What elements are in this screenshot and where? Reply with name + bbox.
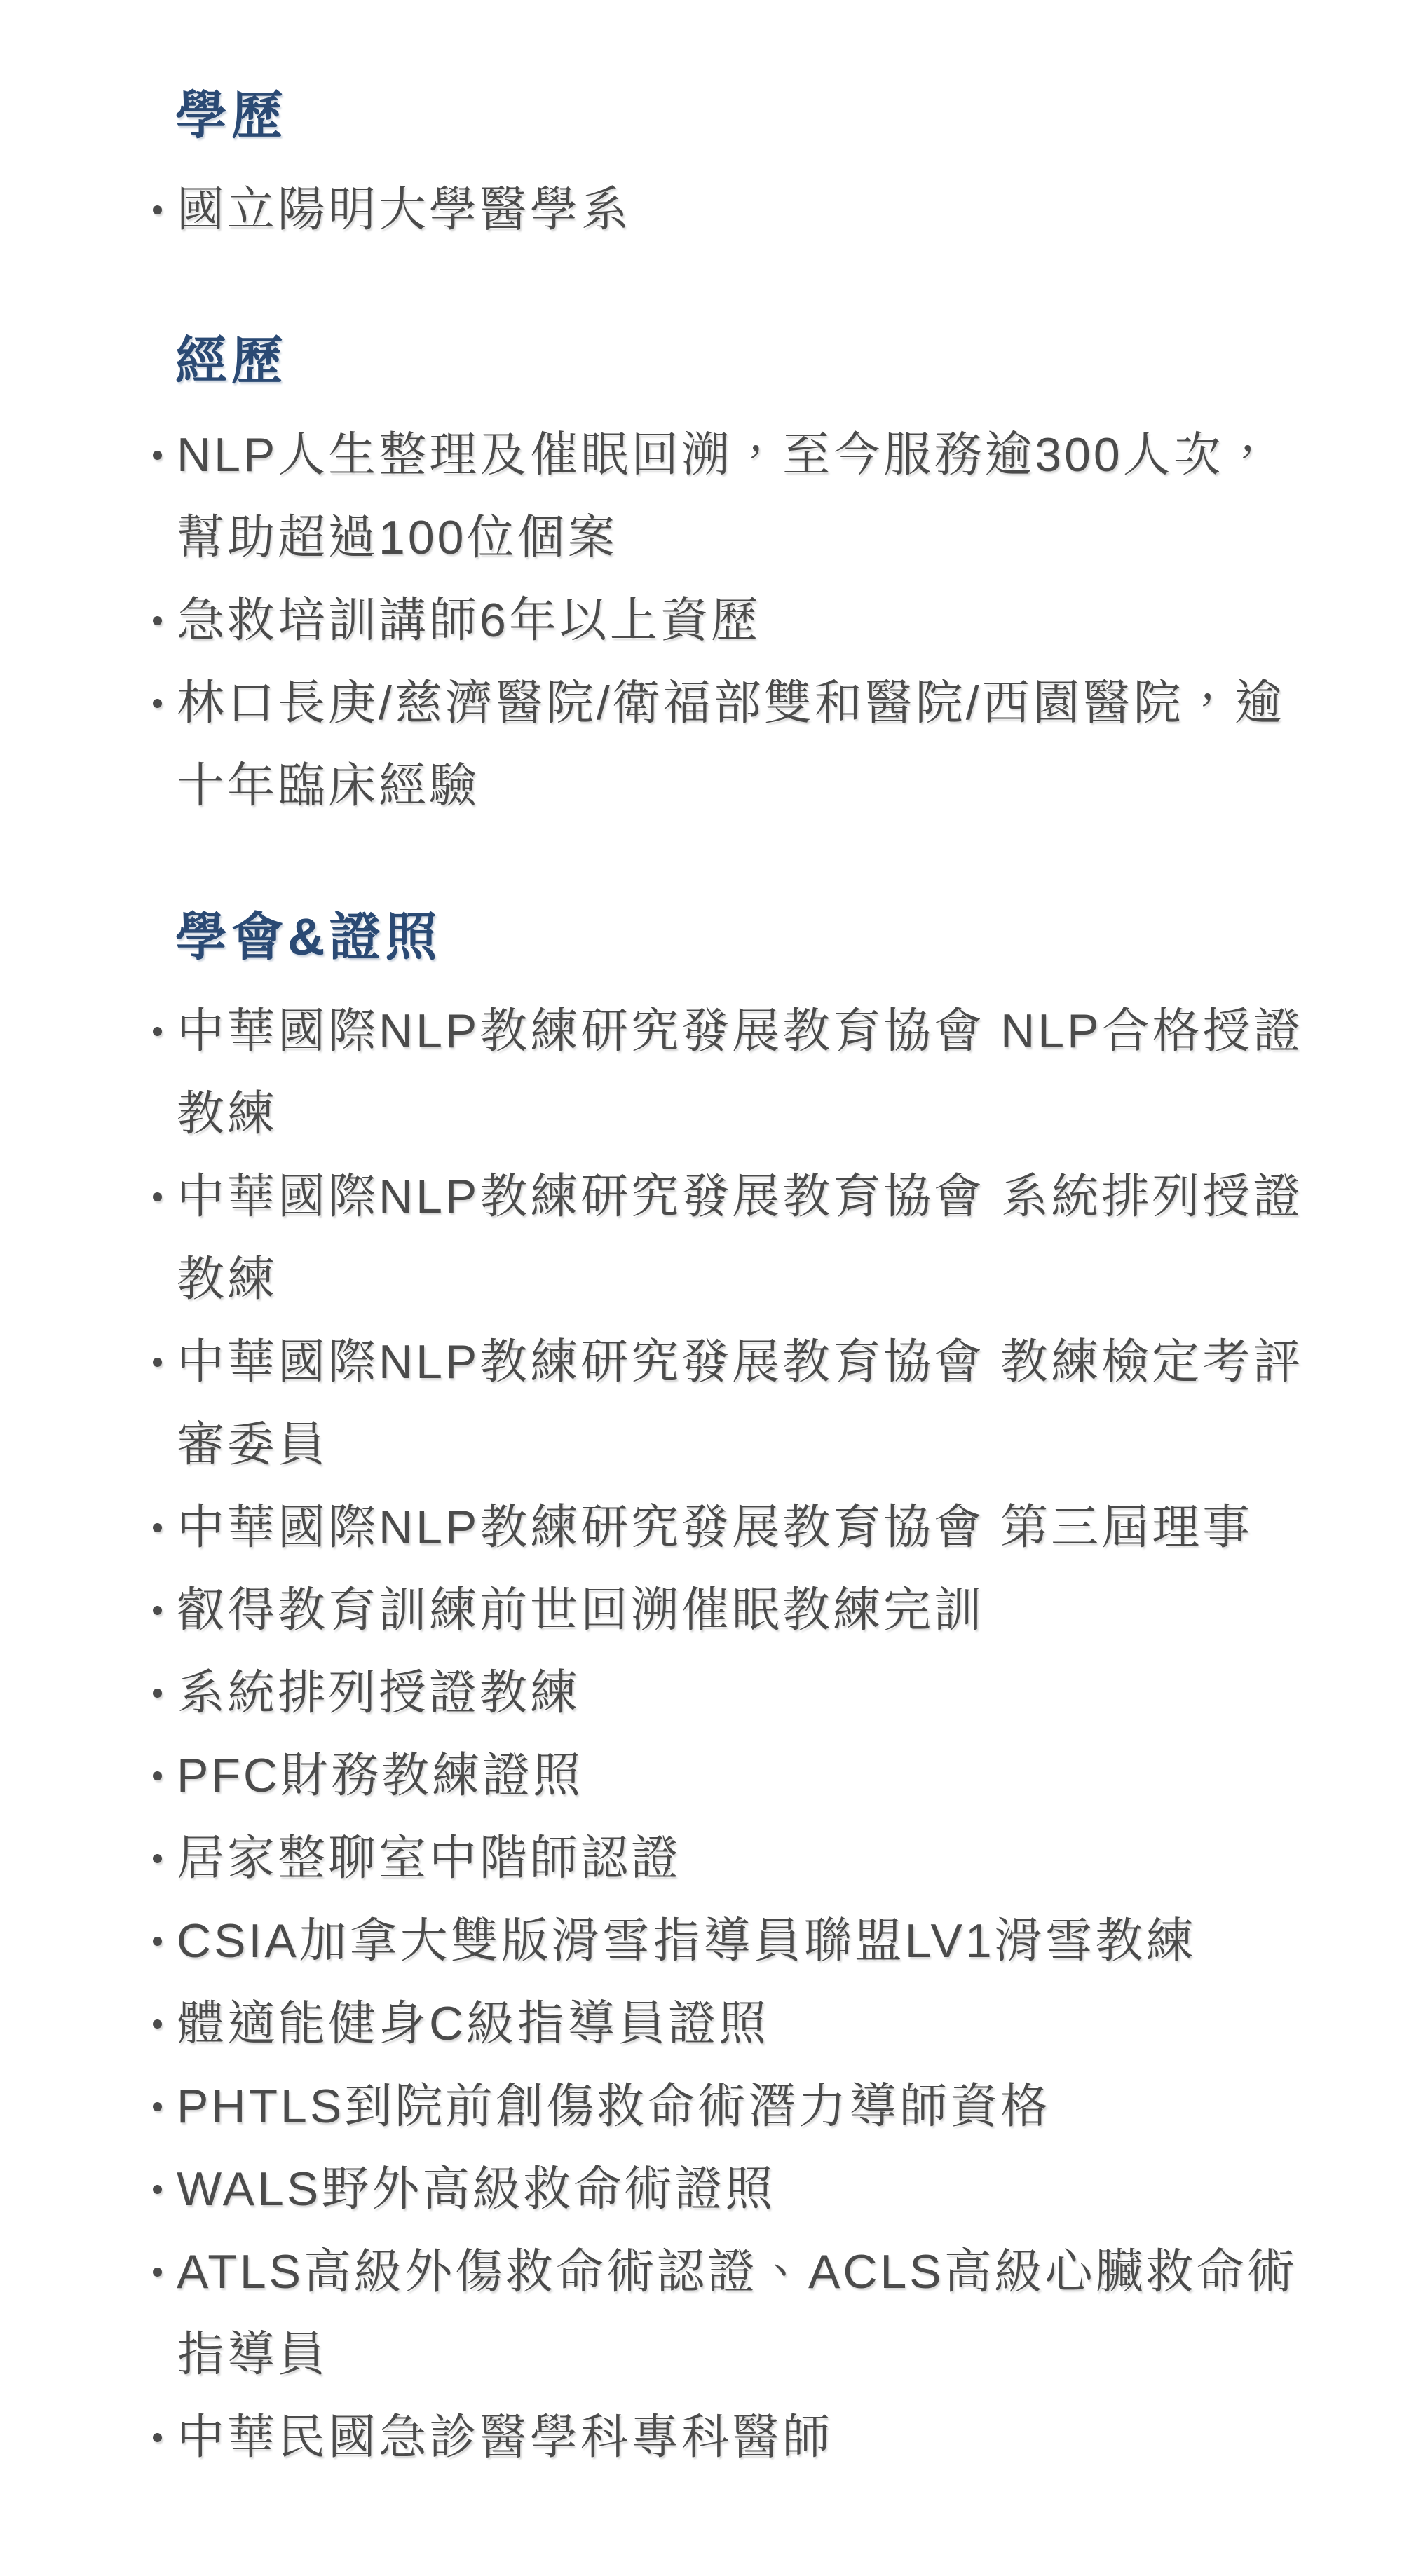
list-item-text: 中華國際NLP教練研究發展教育協會 系統排列授證教練 <box>177 1170 1303 1306</box>
bullet-icon <box>153 2433 162 2442</box>
list-item: 叡得教育訓練前世回溯催眠教練完訓 <box>147 1569 1305 1651</box>
list-item: 中華民國急診醫學科專科醫師 <box>147 2396 1305 2479</box>
credential-list: NLP人生整理及催眠回溯，至今服務逾300人次，幫助超過100位個案 急救培訓講… <box>147 414 1311 827</box>
list-item: 中華國際NLP教練研究發展教育協會 教練檢定考評審委員 <box>147 1321 1305 1486</box>
list-item-text: 中華國際NLP教練研究發展教育協會 第三屆理事 <box>177 1501 1253 1554</box>
credential-section-1: 經歷 NLP人生整理及催眠回溯，至今服務逾300人次，幫助超過100位個案 急救… <box>147 320 1311 827</box>
bullet-icon <box>153 451 162 460</box>
bullet-icon <box>153 1192 162 1201</box>
credential-list: 國立陽明大學醫學系 <box>147 168 1311 251</box>
list-item: PHTLS到院前創傷救命術潛力導師資格 <box>147 2065 1305 2148</box>
list-item-text: 急救培訓講師6年以上資歷 <box>177 594 761 647</box>
list-item: 居家整聊室中階師認證 <box>147 1817 1305 1900</box>
list-item: ATLS高級外傷救命術認證、ACLS高級心臟救命術指導員 <box>147 2230 1305 2396</box>
list-item: 林口長庚/慈濟醫院/衛福部雙和醫院/西園醫院，逾十年臨床經驗 <box>147 662 1305 827</box>
bullet-icon <box>153 1771 162 1780</box>
list-item-text: 中華民國急診醫學科專科醫師 <box>177 2411 833 2464</box>
list-item: 系統排列授證教練 <box>147 1651 1305 1734</box>
bullet-icon <box>153 1854 162 1863</box>
credential-section-2: 學會&證照 中華國際NLP教練研究發展教育協會 NLP合格授證教練 中華國際NL… <box>147 896 1311 2479</box>
list-item: 體適能健身C級指導員證照 <box>147 1982 1305 2065</box>
credentials-page: 學歷 國立陽明大學醫學系 經歷 NLP人生整理及催眠回溯，至今服務逾300人次，… <box>0 0 1402 2576</box>
bullet-icon <box>153 2268 162 2277</box>
bullet-icon <box>153 2185 162 2194</box>
credential-list: 中華國際NLP教練研究發展教育協會 NLP合格授證教練 中華國際NLP教練研究發… <box>147 990 1311 2479</box>
list-item: 急救培訓講師6年以上資歷 <box>147 579 1305 662</box>
bullet-icon <box>153 1606 162 1615</box>
section-title: 學會&證照 <box>175 896 1311 979</box>
bullet-icon <box>153 2019 162 2029</box>
bullet-icon <box>153 1937 162 1946</box>
list-item-text: 叡得教育訓練前世回溯催眠教練完訓 <box>177 1583 984 1637</box>
bullet-icon <box>153 616 162 625</box>
list-item: 中華國際NLP教練研究發展教育協會 第三屆理事 <box>147 1486 1305 1569</box>
credential-section-0: 學歷 國立陽明大學醫學系 <box>147 74 1311 251</box>
bullet-icon <box>153 1523 162 1532</box>
list-item: PFC財務教練證照 <box>147 1734 1305 1817</box>
list-item-text: ATLS高級外傷救命術認證、ACLS高級心臟救命術指導員 <box>177 2245 1298 2381</box>
bullet-icon <box>153 1027 162 1036</box>
bullet-icon <box>153 699 162 708</box>
list-item-text: 系統排列授證教練 <box>177 1666 580 1719</box>
bullet-icon <box>153 205 162 214</box>
section-title: 經歷 <box>175 320 1311 402</box>
list-item-text: 中華國際NLP教練研究發展教育協會 教練檢定考評審委員 <box>177 1335 1303 1471</box>
list-item-text: 林口長庚/慈濟醫院/衛福部雙和醫院/西園醫院，逾十年臨床經驗 <box>177 676 1285 812</box>
list-item: NLP人生整理及催眠回溯，至今服務逾300人次，幫助超過100位個案 <box>147 414 1305 579</box>
resume-content: 學歷 國立陽明大學醫學系 經歷 NLP人生整理及催眠回溯，至今服務逾300人次，… <box>147 74 1311 2479</box>
list-item: CSIA加拿大雙版滑雪指導員聯盟LV1滑雪教練 <box>147 1900 1305 1982</box>
bullet-icon <box>153 1358 162 1367</box>
list-item-text: 國立陽明大學醫學系 <box>177 183 631 236</box>
list-item-text: 中華國際NLP教練研究發展教育協會 NLP合格授證教練 <box>177 1004 1303 1140</box>
list-item: WALS野外高級救命術證照 <box>147 2148 1305 2230</box>
list-item-text: PFC財務教練證照 <box>177 1749 583 1802</box>
section-title: 學歷 <box>175 74 1311 157</box>
list-item-text: PHTLS到院前創傷救命術潛力導師資格 <box>177 2080 1051 2133</box>
list-item-text: NLP人生整理及催眠回溯，至今服務逾300人次，幫助超過100位個案 <box>177 428 1274 564</box>
list-item: 國立陽明大學醫學系 <box>147 168 1305 251</box>
list-item-text: CSIA加拿大雙版滑雪指導員聯盟LV1滑雪教練 <box>177 1914 1197 1968</box>
list-item-text: WALS野外高級救命術證照 <box>177 2162 775 2216</box>
list-item-text: 體適能健身C級指導員證照 <box>177 1997 769 2050</box>
list-item: 中華國際NLP教練研究發展教育協會 NLP合格授證教練 <box>147 990 1305 1155</box>
list-item: 中華國際NLP教練研究發展教育協會 系統排列授證教練 <box>147 1155 1305 1321</box>
bullet-icon <box>153 1689 162 1698</box>
bullet-icon <box>153 2102 162 2111</box>
list-item-text: 居家整聊室中階師認證 <box>177 1832 681 1885</box>
